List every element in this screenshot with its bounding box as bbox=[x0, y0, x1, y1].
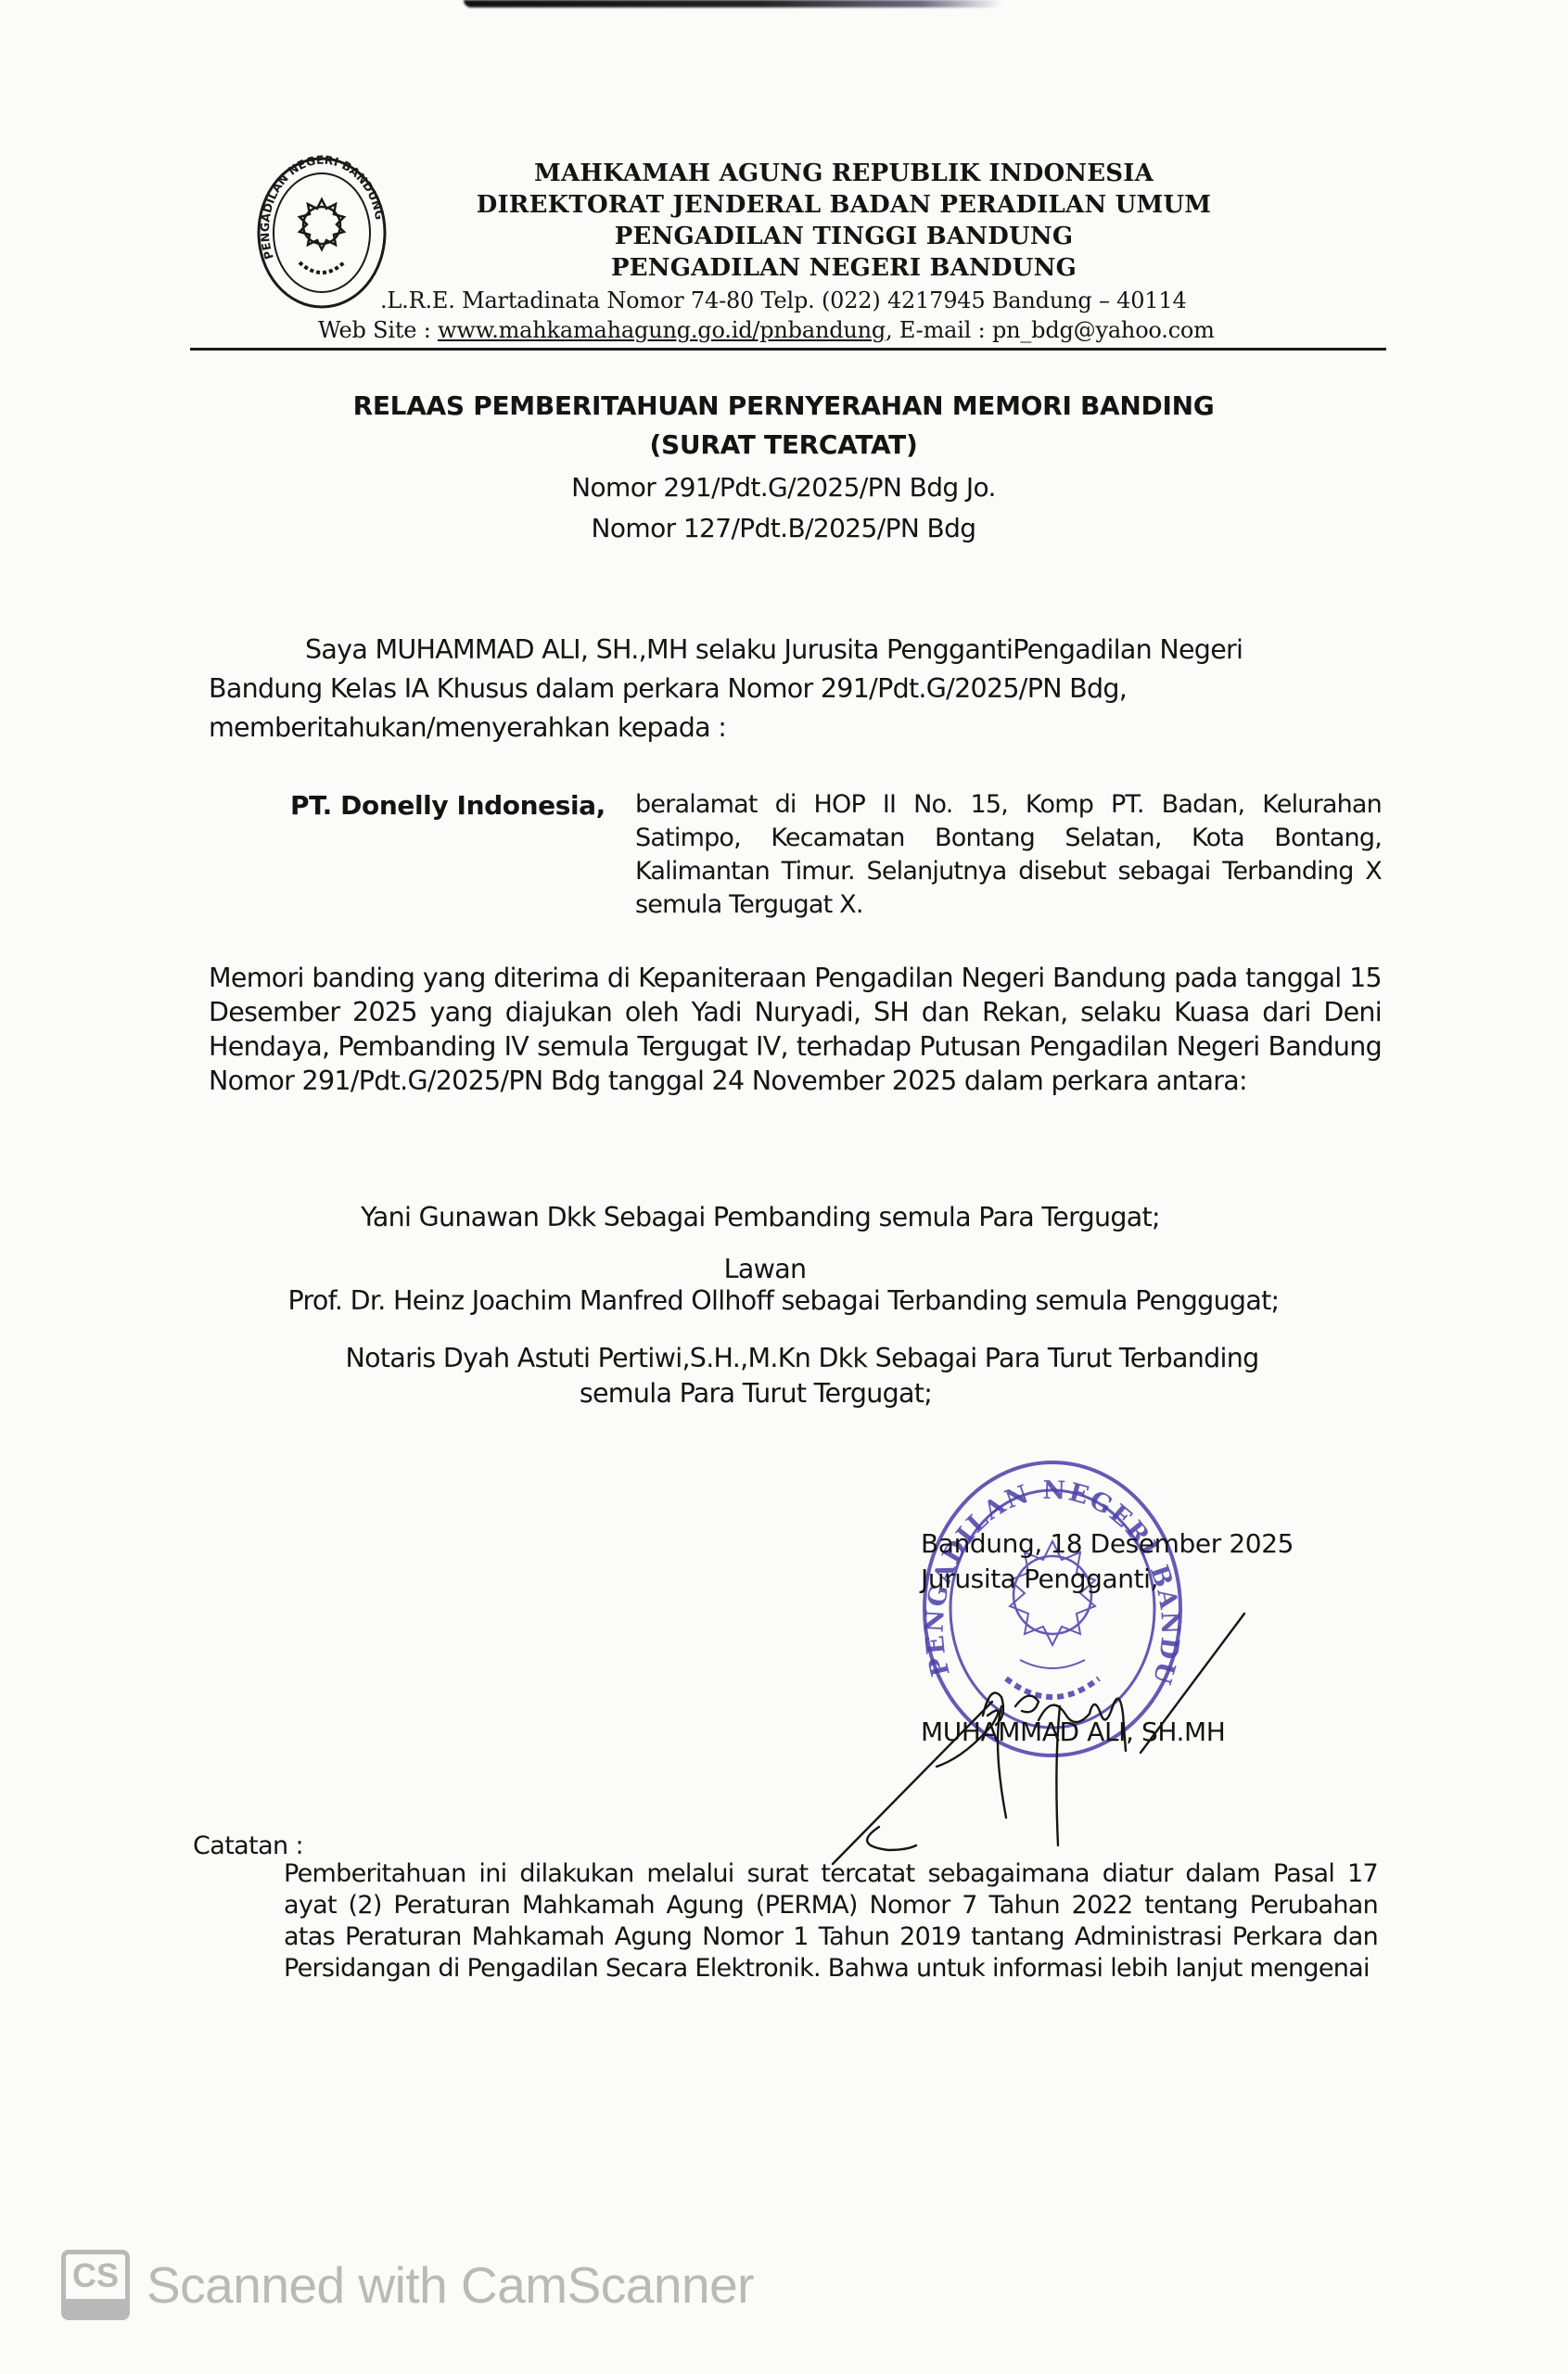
intro-line: Bandung Kelas IA Khusus dalam perkara No… bbox=[209, 670, 1377, 708]
web-label: Web Site : bbox=[318, 317, 438, 343]
document-title: RELAAS PEMBERITAHUAN PERNYERAHAN MEMORI … bbox=[185, 388, 1382, 425]
recipient-name-text: PT. Donelly Indonesia bbox=[290, 790, 596, 821]
email-link[interactable]: pn_bdg@yahoo.com bbox=[992, 317, 1215, 343]
case-number: Nomor 127/Pdt.B/2025/PN Bdg bbox=[185, 510, 1382, 547]
letterhead-divider bbox=[190, 348, 1386, 351]
scan-edge-shadow bbox=[464, 0, 1001, 7]
camscanner-logo-icon: CS bbox=[61, 2250, 130, 2320]
party-appellant: Yani Gunawan Dkk Sebagai Pembanding semu… bbox=[232, 1202, 1289, 1232]
recipient-name: PT. Donelly Indonesia, bbox=[290, 790, 606, 821]
letterhead-line: PENGADILAN TINGGI BANDUNG bbox=[306, 221, 1382, 252]
watermark-text: Scanned with CamScanner bbox=[147, 2255, 754, 2315]
note-text: Pemberitahuan ini dilakukan melalui sura… bbox=[284, 1858, 1378, 1985]
party-respondent: Prof. Dr. Heinz Joachim Manfred Ollhoff … bbox=[227, 1285, 1340, 1316]
signature-place-date: Bandung, 18 Desember 2025 bbox=[921, 1528, 1294, 1559]
case-number: Nomor 291/Pdt.G/2025/PN Bdg Jo. bbox=[185, 469, 1382, 506]
party-co-respondent: semula Para Turut Tergugat; bbox=[232, 1378, 1280, 1409]
intro-paragraph: Saya MUHAMMAD ALI, SH.,MH selaku Jurusit… bbox=[209, 631, 1377, 747]
intro-line: memberitahukan/menyerahkan kepada : bbox=[209, 708, 1377, 747]
party-co-respondent: Notaris Dyah Astuti Pertiwi,S.H.,M.Kn Dk… bbox=[232, 1343, 1372, 1373]
website-link[interactable]: www.mahkamahagung.go.id/pnbandung bbox=[438, 317, 886, 343]
letterhead-address: .L.R.E. Martadinata Nomor 74-80 Telp. (0… bbox=[380, 287, 1187, 313]
signatory-name: MUHAMMAD ALI, SH.MH bbox=[921, 1717, 1225, 1747]
party-versus: Lawan bbox=[232, 1254, 1298, 1284]
email-label: , E-mail : bbox=[886, 317, 992, 343]
letterhead-line: PENGADILAN NEGERI BANDUNG bbox=[306, 252, 1382, 284]
intro-line: Saya MUHAMMAD ALI, SH.,MH selaku Jurusit… bbox=[209, 631, 1377, 670]
letterhead-contact: Web Site : www.mahkamahagung.go.id/pnban… bbox=[318, 317, 1215, 343]
memo-paragraph: Memori banding yang diterima di Kepanite… bbox=[209, 961, 1382, 1098]
letterhead-line: DIREKTORAT JENDERAL BADAN PERADILAN UMUM bbox=[306, 189, 1382, 221]
note-label: Catatan : bbox=[193, 1832, 303, 1860]
recipient-address: beralamat di HOP II No. 15, Komp PT. Bad… bbox=[635, 788, 1382, 922]
letterhead-line: MAHKAMAH AGUNG REPUBLIK INDONESIA bbox=[306, 158, 1382, 189]
camscanner-watermark: CS Scanned with CamScanner bbox=[61, 2248, 754, 2322]
document-subtitle: (SURAT TERCATAT) bbox=[185, 427, 1382, 464]
